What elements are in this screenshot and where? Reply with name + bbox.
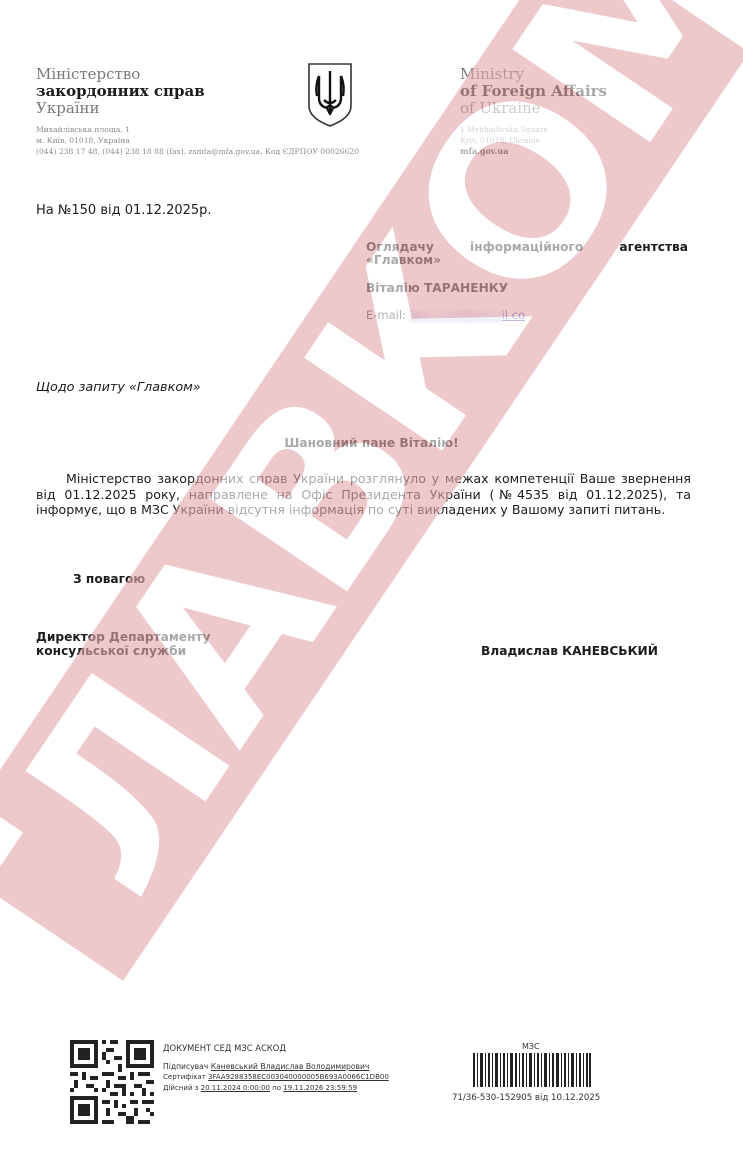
email-link[interactable]: il.co <box>502 308 525 322</box>
address-ua-line2: м. Київ, 01018, Україна <box>36 135 359 146</box>
certificate-line: Сертифікат 3FAA9288358EC003040000005B693… <box>163 1072 389 1083</box>
signature-info: ДОКУМЕНТ СЕД МЗС АСКОД Підписувач Каневс… <box>163 1043 389 1094</box>
body-paragraph: Міністерство закордонних справ України р… <box>36 471 691 518</box>
registration-number: 71/36-530-152905 від 10.12.2025 <box>452 1093 600 1104</box>
email-label: E-mail: <box>366 308 406 322</box>
ministry-en-line2: of Foreign Affairs <box>460 83 607 100</box>
barcode-label: МЗС <box>522 1041 540 1052</box>
valid-from: 20.11.2024 0:00:00 <box>201 1084 270 1092</box>
signer-line: Підписувач Каневський Владислав Володими… <box>163 1061 389 1072</box>
ministry-en-line3: of Ukraine <box>460 100 607 117</box>
salutation: Шановний пане Віталію! <box>0 436 743 451</box>
valid-to: 19.11.2026 23:59:59 <box>283 1084 357 1092</box>
website-link[interactable]: mfa.gov.ua <box>460 146 607 157</box>
signatory-title-line2: консульської служби <box>36 644 211 658</box>
signatory-title-line1: Директор Департаменту <box>36 630 211 644</box>
addressee-block: Оглядачу інформаційного агентства «Главк… <box>366 240 688 323</box>
watermark-text: ГЛАВКОМ <box>0 0 743 1053</box>
validity-line: Дійсний з 20.11.2024 0:00:00 по 19.11.20… <box>163 1083 389 1094</box>
addressee-email: E-mail: il.co <box>366 308 688 323</box>
trident-coat-of-arms-icon <box>306 62 354 128</box>
body-text: Міністерство закордонних справ України р… <box>36 471 691 517</box>
address-en-line2: Kyiv, 01018, Ukraine <box>460 135 607 146</box>
ministry-en-line1: Ministry <box>460 66 607 83</box>
subject-line: Щодо запиту «Главком» <box>36 380 201 395</box>
qr-code-icon <box>70 1040 154 1124</box>
addressee-name: Віталію ТАРАНЕНКУ <box>366 281 688 296</box>
address-en-line1: 1 Mykhailivska Square <box>460 124 607 135</box>
signer-name: Каневський Владислав Володимирович <box>211 1062 370 1071</box>
addressee-position-line2: «Главком» <box>366 253 688 268</box>
reference-number: На №150 від 01.12.2025р. <box>36 203 212 218</box>
letterhead-en: Ministry of Foreign Affairs of Ukraine 1… <box>460 66 607 157</box>
doc-system-label: ДОКУМЕНТ СЕД МЗС АСКОД <box>163 1043 389 1054</box>
contacts-ua: (044) 238 17 48, (044) 238 18 88 (fax), … <box>36 146 359 157</box>
email-redacted <box>410 310 502 321</box>
signatory-title: Директор Департаменту консульської служб… <box>36 630 211 658</box>
certificate-value: 3FAA9288358EC003040000005B693A0066C1DB00 <box>208 1073 389 1081</box>
signatory-name: Владислав КАНЕВСЬКИЙ <box>481 644 658 659</box>
closing: З повагою <box>73 572 145 587</box>
barcode-icon <box>473 1053 591 1087</box>
